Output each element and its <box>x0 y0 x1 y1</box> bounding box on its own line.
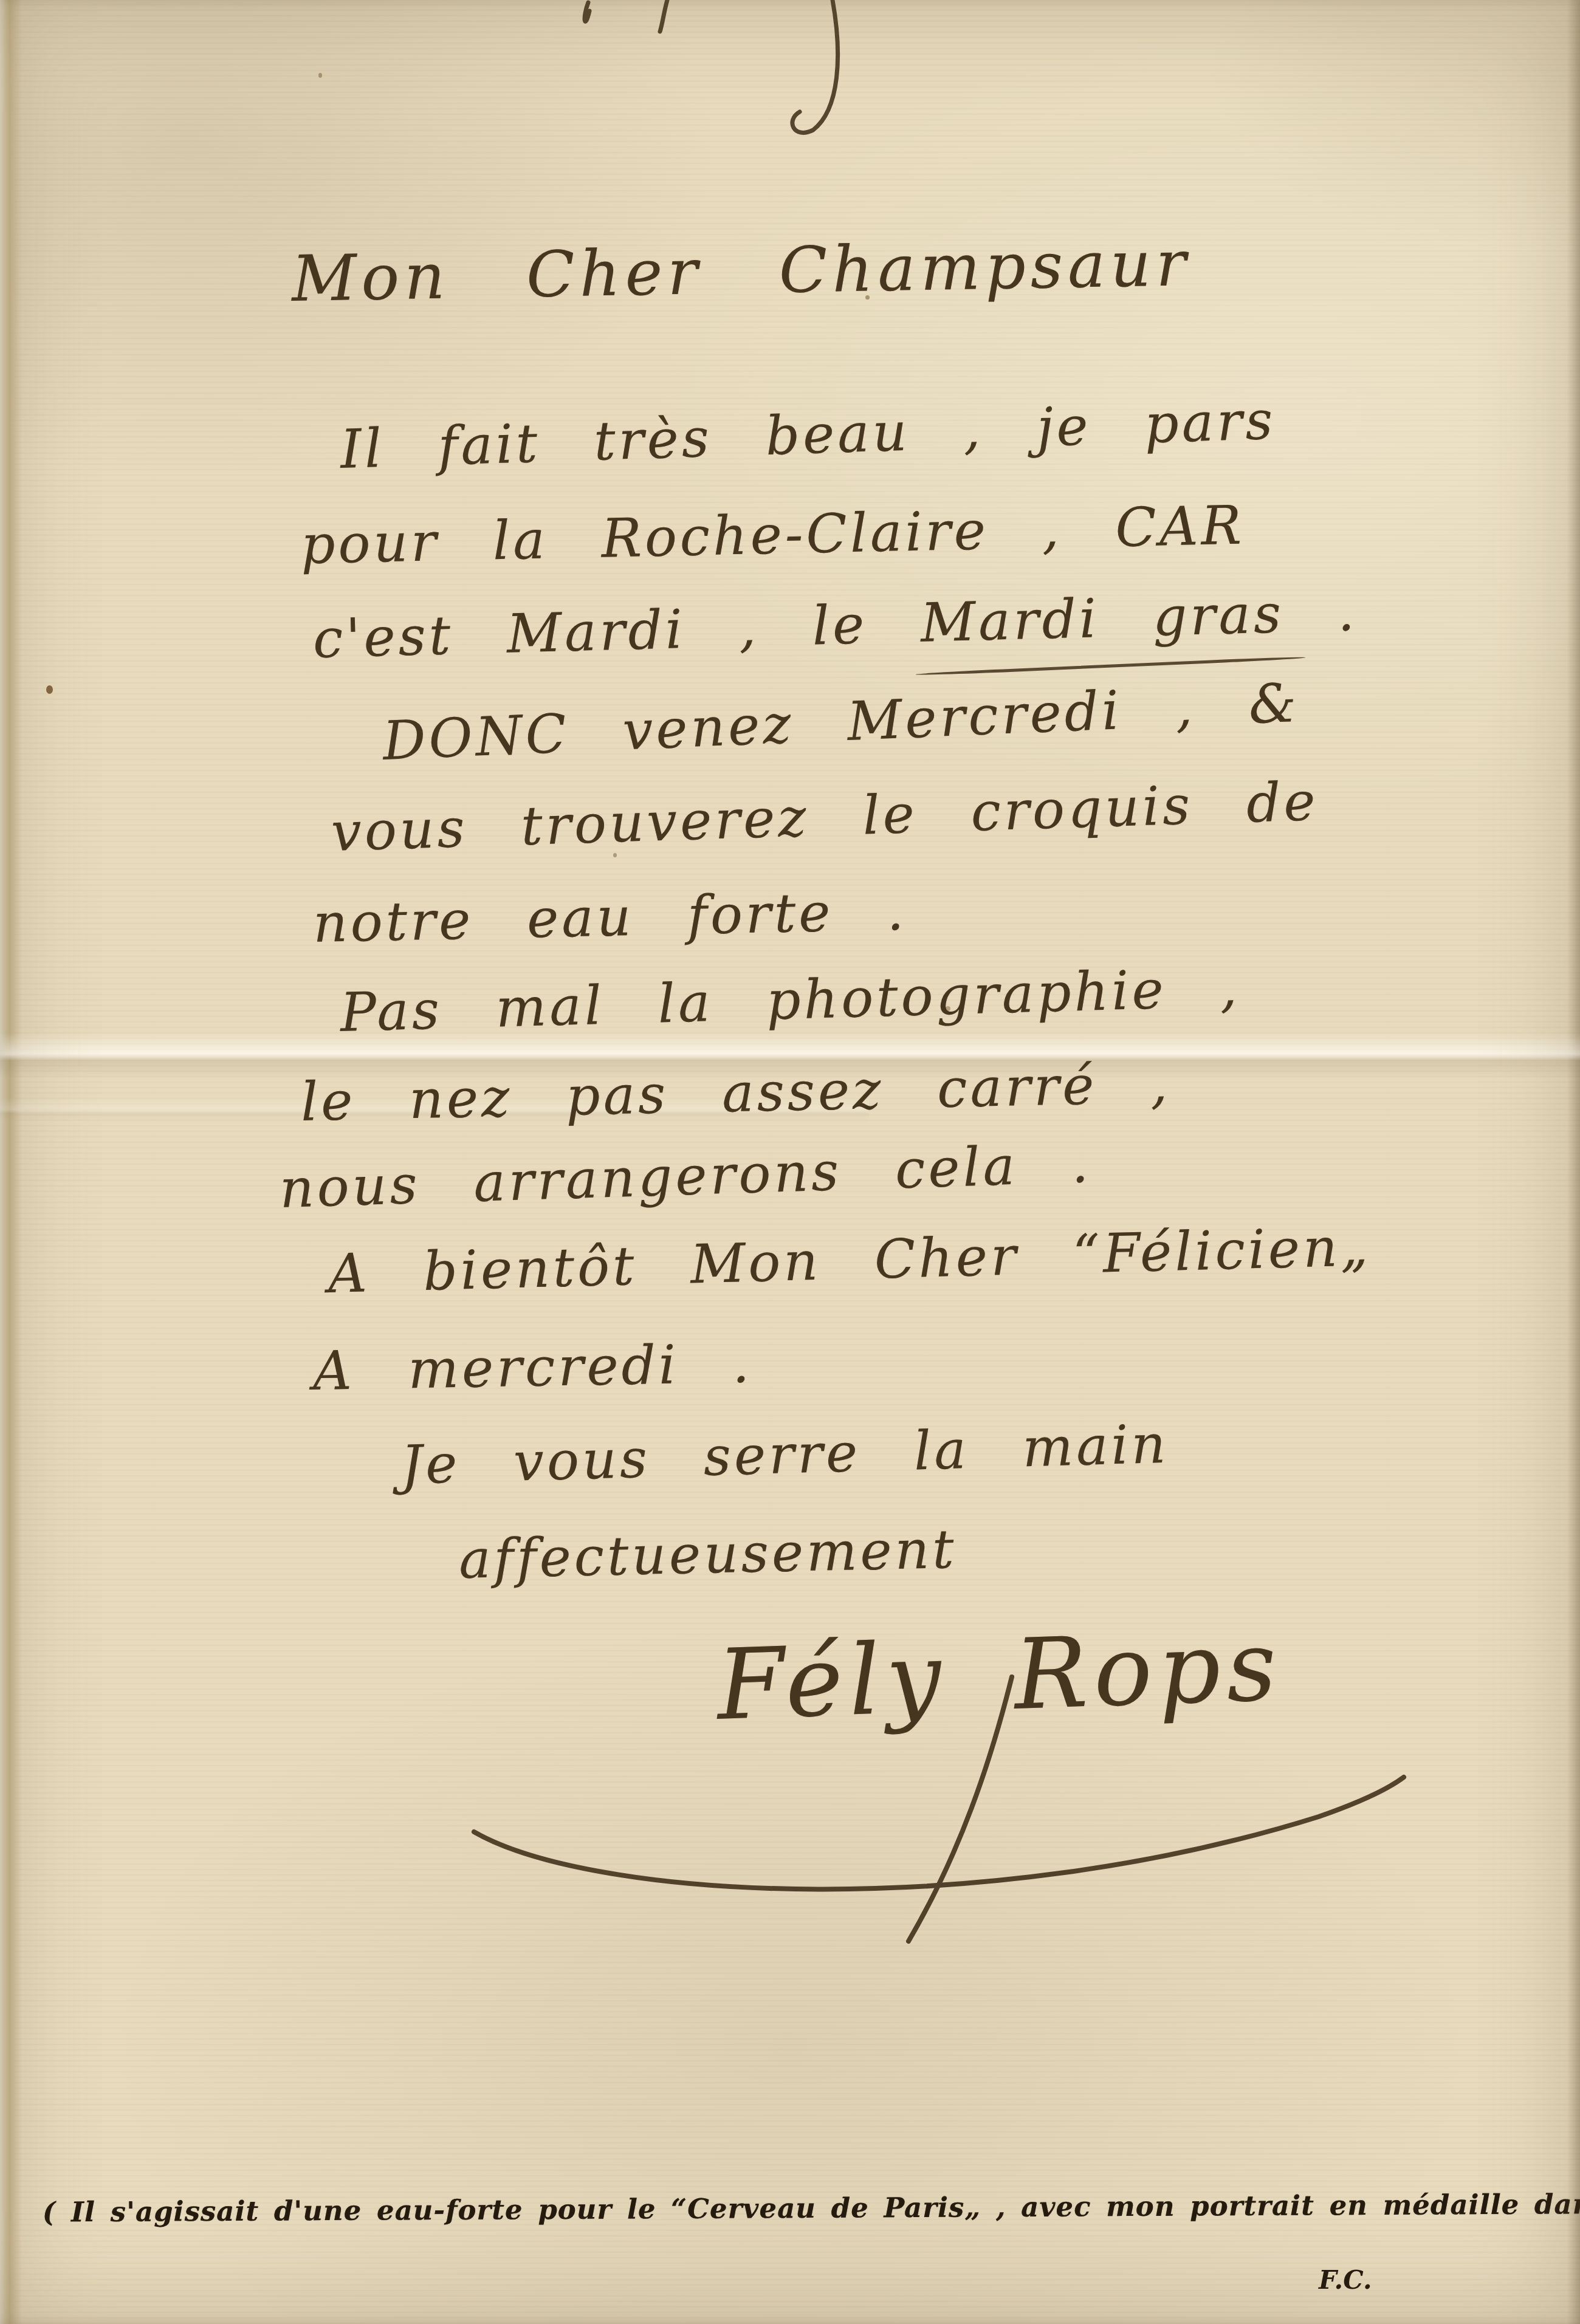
letter-line: notre eau forte . <box>312 880 907 955</box>
letter-scan-page: Mon Cher Champsaur Il fait très beau , j… <box>0 0 1580 2324</box>
paper-deckle-edge-left <box>0 0 22 2324</box>
letter-line: Pas mal la photographie , <box>340 956 1241 1044</box>
signature: Fély Rops <box>715 1609 1285 1742</box>
letter-line: Il fait très beau , je pars <box>339 389 1276 481</box>
letter-line: nous arrangerons cela . <box>278 1132 1092 1220</box>
cut-off-pen-strokes <box>571 0 997 158</box>
annotation-initials: F.C. <box>1319 2265 1372 2295</box>
letter-line: vous trouverez le croquis de <box>330 770 1319 863</box>
salutation-line: Mon Cher Champsaur <box>291 226 1192 316</box>
letter-line: A bientôt Mon Cher “Félicien„ <box>328 1215 1372 1305</box>
paper-speck <box>318 73 322 78</box>
letter-line: Je vous serre la main <box>400 1413 1170 1496</box>
letter-line: affectueusement <box>458 1518 958 1591</box>
letter-line: A mercredi . <box>312 1332 753 1402</box>
letter-line-segment: . <box>1283 580 1358 645</box>
letter-line-segment: c'est Mardi , le <box>312 592 922 670</box>
letter-line: DONC venez Mercredi , & <box>382 671 1300 772</box>
underlined-phrase: Mardi gras <box>920 582 1285 654</box>
paper-edge-right-shadow <box>1567 0 1580 2324</box>
letter-line: pour la Roche-Claire , CAR <box>300 493 1245 575</box>
annotation-line: ( Il s'agissait d'une eau-forte pour le … <box>43 2189 1544 2229</box>
paper-speck <box>46 685 53 694</box>
letter-line: c'est Mardi , le Mardi gras . <box>312 580 1358 670</box>
